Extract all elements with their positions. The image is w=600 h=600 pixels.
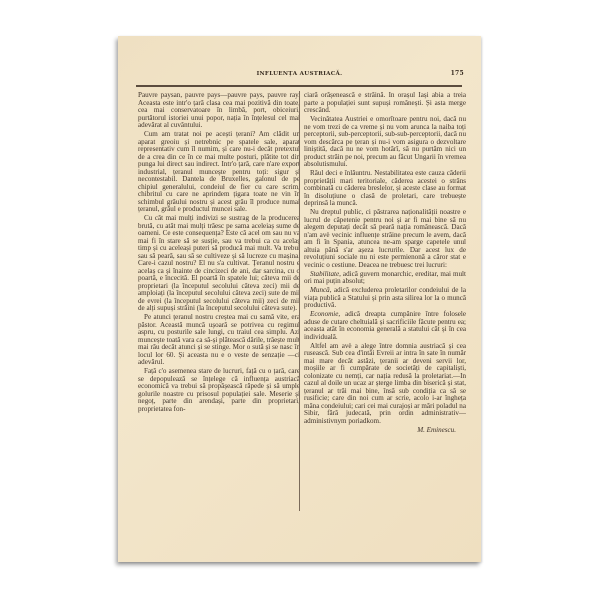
left-column: Pauvre paysan, pauvre pays—pauvre pays, … [138,92,300,415]
paragraph-text: Pe atunci țeranul nostru creștea mai cu … [138,313,300,366]
right-column: ciară orășenească e străină. In orașul I… [304,92,466,436]
paragraph-text: ciară orășenească e străină. In orașul I… [304,91,466,114]
paragraph: Nu dreptul public, ci păstrarea național… [304,209,466,269]
paragraph-text: Vecinătatea Austriei e omorîtoare pentru… [304,115,466,168]
paragraph-text: Altfel am avè a alege între domnia austr… [304,342,466,425]
document-page: INFLUENȚA AUSTRIACĂ. 175 Pauvre paysan, … [118,36,481,562]
author-signature: M. Eminescu. [304,427,466,435]
page-number: 175 [451,70,464,77]
paragraph: Pe atunci țeranul nostru creștea mai cu … [138,314,300,367]
header-title: INFLUENȚA AUSTRIACĂ. [118,71,481,77]
paragraph-text: Cum am tratat noi pe acești țerani? Am c… [138,130,300,213]
paragraph: Pauvre paysan, pauvre pays—pauvre pays, … [138,92,300,130]
paragraph-text: Răul deci e înlăuntru. Nestabilitatea es… [304,169,466,207]
paragraph: ciară orășenească e străină. In orașul I… [304,92,466,115]
column-divider [299,91,300,511]
paragraph: Altfel am avè a alege între domnia austr… [304,343,466,426]
paragraph: Cum am tratat noi pe acești țerani? Am c… [138,131,300,214]
header-rule [136,85,462,87]
paragraph: Față c'o asemenea stare de lucruri, față… [138,368,300,413]
paragraph-text: Față c'o asemenea stare de lucruri, față… [138,367,300,413]
paragraph: Vecinătatea Austriei e omorîtoare pentru… [304,116,466,169]
paragraph: Economie, adică dreapta cumpănire între … [304,311,466,341]
paragraph: Stabilitate, adică guvern monarchic, ere… [304,271,466,286]
paragraph-text: Cu cât mai mulți indivizi se sustrag de … [138,214,300,312]
paragraph: Răul deci e înlăuntru. Nestabilitatea es… [304,170,466,208]
paragraph: Muncă, adică excluderea proletarilor con… [304,287,466,310]
running-header: INFLUENȚA AUSTRIACĂ. 175 [118,69,481,81]
paragraph: Cu cât mai mulți indivizi se sustrag de … [138,215,300,313]
paragraph-text: Pauvre paysan, pauvre pays—pauvre pays, … [138,91,300,129]
paragraph-text: Nu dreptul public, ci păstrarea național… [304,208,466,269]
